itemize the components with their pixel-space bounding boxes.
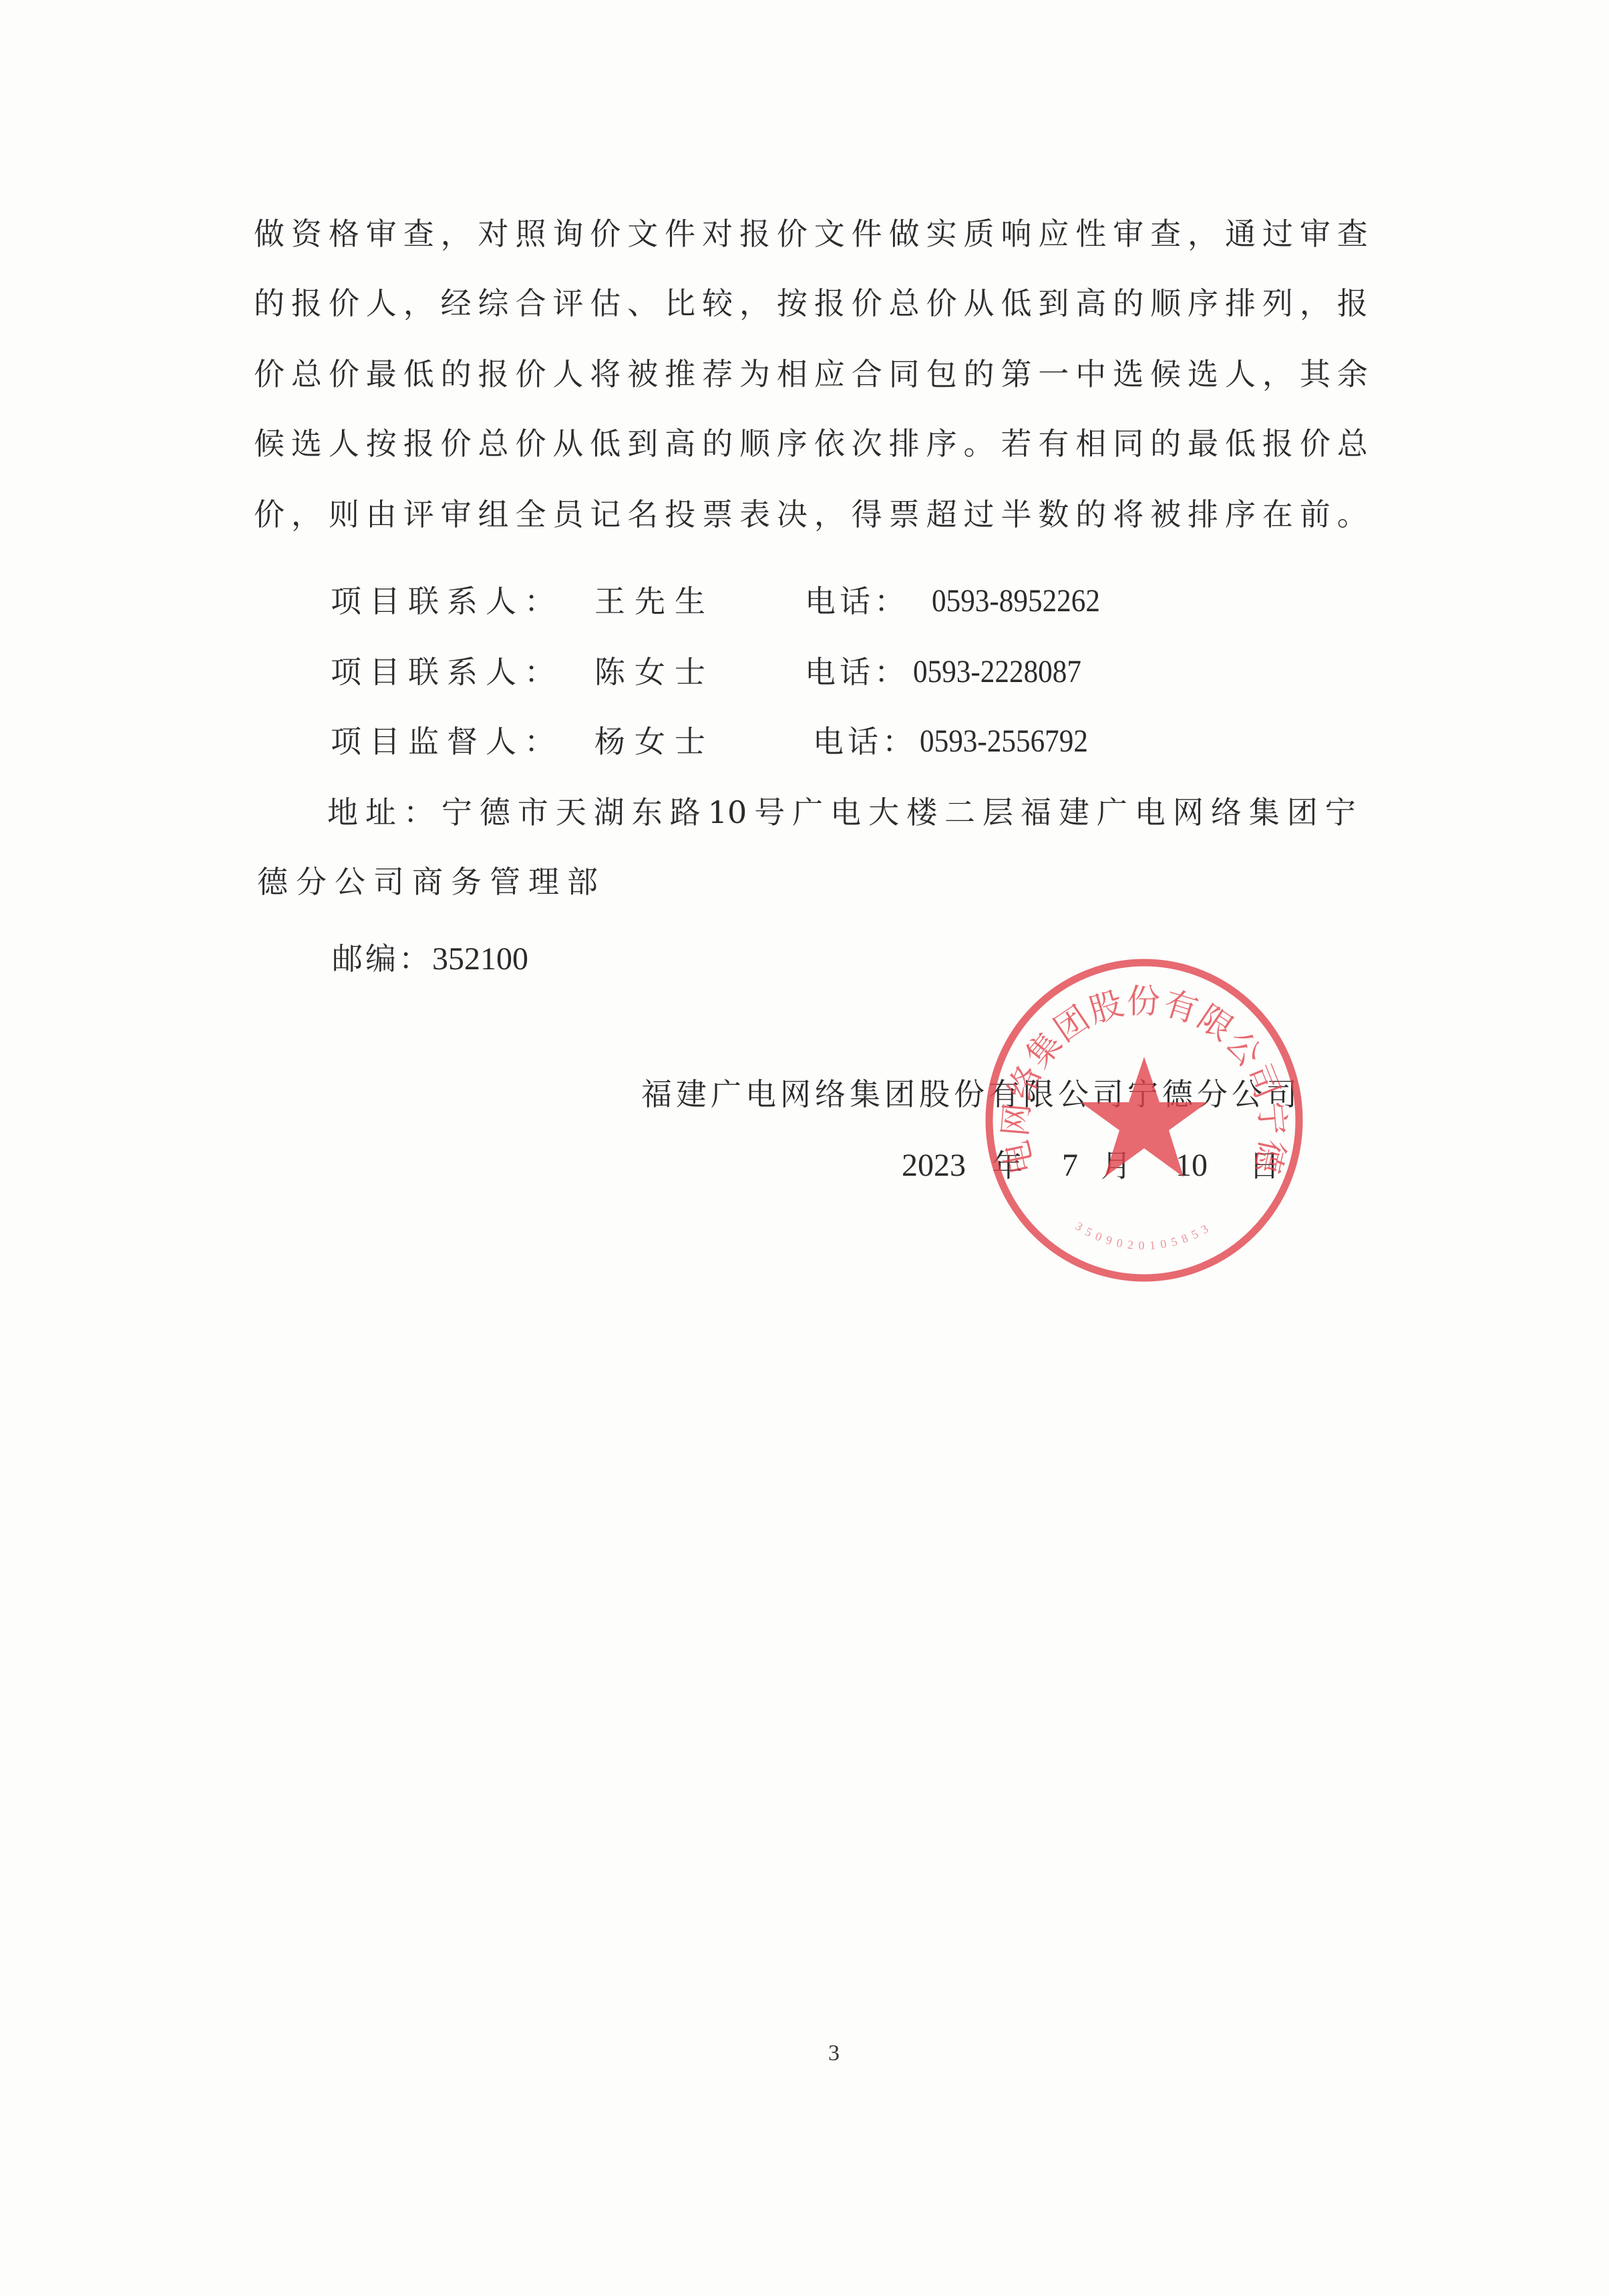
address-char: 二 <box>944 792 975 832</box>
body-char: 比 <box>665 283 695 323</box>
phone-number: 0593-2228087 <box>913 652 1081 692</box>
body-char: 查 <box>1337 214 1368 254</box>
body-char: 。 <box>964 424 995 464</box>
body-char: 。 <box>1337 494 1368 534</box>
body-char: 半 <box>1001 494 1031 534</box>
body-line-3: 价总价最低的报价人将被推荐为相应合同包的第一中选候选人，其余 <box>254 354 1368 394</box>
body-char: 投 <box>665 494 695 534</box>
body-char: 若 <box>1001 424 1031 464</box>
body-char: 价 <box>515 354 546 394</box>
body-char: 员 <box>552 494 583 534</box>
body-char: 票 <box>702 494 733 534</box>
address-char: 广 <box>792 792 823 832</box>
address-line-1: 地址：宁德市天湖东路 10 号广电大楼二层福建广电网络集团宁 <box>327 792 1356 832</box>
phone-label: 电话： <box>805 581 909 621</box>
body-char: 序 <box>926 424 957 464</box>
body-char: 低 <box>403 354 434 394</box>
body-char: 价 <box>515 424 546 464</box>
body-char: 人 <box>1225 354 1256 394</box>
body-char: 由 <box>366 494 397 534</box>
body-char: 组 <box>478 494 509 534</box>
address-char: 团 <box>1287 792 1318 832</box>
body-char: 评 <box>403 494 434 534</box>
body-char: 得 <box>852 494 882 534</box>
phone-label: 电话： <box>813 721 917 762</box>
body-char: 价 <box>254 494 285 534</box>
body-char: 格 <box>329 214 359 254</box>
body-char: 则 <box>329 494 359 534</box>
body-char: 序 <box>1188 283 1218 323</box>
body-char: 依 <box>814 424 845 464</box>
body-char: 将 <box>1113 494 1143 534</box>
body-char: 审 <box>1113 214 1143 254</box>
date-year-unit: 年 <box>992 1146 1023 1186</box>
body-line-5: 价，则由评审组全员记名投票表决，得票超过半数的将被排序在前。 <box>254 494 1368 534</box>
body-char: 最 <box>366 354 397 394</box>
body-char: 候 <box>254 424 285 464</box>
body-char: 超 <box>926 494 957 534</box>
body-char: 被 <box>627 354 658 394</box>
body-char: 质 <box>964 214 995 254</box>
body-char: 评 <box>552 283 583 323</box>
body-char: 询 <box>552 214 583 254</box>
postcode-value: 352100 <box>432 941 528 977</box>
body-char: 应 <box>814 354 845 394</box>
body-char: 的 <box>1150 424 1181 464</box>
address-char: 宁 <box>1325 792 1356 832</box>
body-char: 价 <box>329 354 359 394</box>
body-char: 次 <box>852 424 882 464</box>
address-char: 10 <box>708 792 747 832</box>
body-char: 低 <box>590 424 620 464</box>
address-char: 号 <box>754 792 785 832</box>
body-char: 查 <box>1150 214 1181 254</box>
body-char: 的 <box>441 354 472 394</box>
body-char: 审 <box>441 494 472 534</box>
body-char: 性 <box>1075 214 1106 254</box>
body-char: 应 <box>1038 214 1069 254</box>
date-month: 7 <box>1062 1146 1078 1186</box>
body-char: 人 <box>366 283 397 323</box>
body-char: 将 <box>590 354 620 394</box>
address-char: 德 <box>480 792 510 832</box>
date-year: 2023 <box>902 1146 966 1186</box>
body-char: ， <box>403 283 434 323</box>
body-char: 报 <box>1337 283 1368 323</box>
body-char: 做 <box>889 214 920 254</box>
body-char: 低 <box>1225 424 1256 464</box>
body-char: 报 <box>739 214 770 254</box>
body-char: 排 <box>1225 283 1256 323</box>
address-char: ： <box>403 792 434 832</box>
body-char: 查 <box>403 214 434 254</box>
body-char: 按 <box>777 283 808 323</box>
address-char: 电 <box>830 792 861 832</box>
body-char: 件 <box>665 214 695 254</box>
address-char: 建 <box>1059 792 1089 832</box>
address-char: 集 <box>1249 792 1280 832</box>
body-char: 合 <box>515 283 546 323</box>
page-number: 3 <box>828 2041 840 2066</box>
phone-number: 0593-8952262 <box>932 581 1100 621</box>
address-char: 网 <box>1173 792 1204 832</box>
body-char: 实 <box>926 214 957 254</box>
body-char: 高 <box>665 424 695 464</box>
body-char: 人 <box>552 354 583 394</box>
body-char: 低 <box>1001 283 1031 323</box>
body-char: 价 <box>329 283 359 323</box>
address-char: 址 <box>365 792 396 832</box>
body-char: 的 <box>964 354 995 394</box>
body-char: 相 <box>1075 424 1106 464</box>
body-char: 通 <box>1225 214 1256 254</box>
contact-name: 王先生 <box>594 581 715 621</box>
address-char: 天 <box>556 792 586 832</box>
body-char: 人 <box>329 424 359 464</box>
address-char: 东 <box>632 792 663 832</box>
body-char: 为 <box>739 354 770 394</box>
body-char: 估 <box>590 283 620 323</box>
body-char: 审 <box>1300 214 1330 254</box>
body-char: ， <box>1300 283 1330 323</box>
official-seal-stamp: 福建广电网络集团股份有限公司宁德分公司 3509020105853 <box>980 957 1308 1284</box>
address-char: 地 <box>327 792 358 832</box>
body-char: 经 <box>441 283 472 323</box>
phone-label: 电话： <box>805 652 909 692</box>
body-char: 对 <box>478 214 509 254</box>
body-char: 推 <box>665 354 695 394</box>
body-char: 价 <box>590 214 620 254</box>
body-char: 到 <box>627 424 658 464</box>
contact-role: 项目联系人： <box>331 581 563 621</box>
body-char: 第 <box>1001 354 1031 394</box>
address-char: 路 <box>670 792 701 832</box>
date-day: 10 <box>1176 1146 1208 1186</box>
body-char: 到 <box>1038 283 1069 323</box>
seal-code-text: 3509020105853 <box>1073 1219 1216 1253</box>
body-char: 报 <box>291 283 322 323</box>
contact-role: 项目监督人： <box>331 721 563 762</box>
body-char: 余 <box>1337 354 1368 394</box>
body-char: 候 <box>1150 354 1181 394</box>
body-char: 的 <box>1075 494 1106 534</box>
body-char: 相 <box>777 354 808 394</box>
date-day-unit: 日 <box>1249 1146 1280 1186</box>
address-char: 市 <box>518 792 548 832</box>
body-char: 票 <box>889 494 920 534</box>
body-char: 总 <box>1337 424 1368 464</box>
body-char: 合 <box>852 354 882 394</box>
body-char: 照 <box>515 214 546 254</box>
body-char: 从 <box>552 424 583 464</box>
body-char: 文 <box>627 214 658 254</box>
body-char: 排 <box>889 424 920 464</box>
body-char: 过 <box>964 494 995 534</box>
body-char: 数 <box>1038 494 1069 534</box>
body-char: 总 <box>291 354 322 394</box>
body-char: 名 <box>627 494 658 534</box>
address-char: 楼 <box>906 792 937 832</box>
body-char: 选 <box>291 424 322 464</box>
body-char: 同 <box>889 354 920 394</box>
body-char: 选 <box>1188 354 1218 394</box>
address-char: 大 <box>868 792 899 832</box>
seal-ring <box>989 963 1299 1278</box>
body-line-1: 做资格审查，对照询价文件对报价文件做实质响应性审查，通过审查 <box>254 214 1368 254</box>
body-char: 报 <box>814 283 845 323</box>
body-char: 价 <box>1300 424 1330 464</box>
body-char: 包 <box>926 354 957 394</box>
body-line-2: 的报价人，经综合评估、比较，按报价总价从低到高的顺序排列，报 <box>254 283 1368 323</box>
body-char: 价 <box>852 283 882 323</box>
body-char: 过 <box>1262 214 1293 254</box>
body-char: 总 <box>889 283 920 323</box>
body-char: 同 <box>1113 424 1143 464</box>
body-char: 总 <box>478 424 509 464</box>
address-char: 络 <box>1211 792 1242 832</box>
body-char: 报 <box>403 424 434 464</box>
body-char: 资 <box>291 214 322 254</box>
signature-company: 福建广电网络集团股份有限公司宁德分公司 <box>641 1074 1301 1114</box>
body-char: 表 <box>739 494 770 534</box>
body-char: 响 <box>1001 214 1031 254</box>
address-char: 电 <box>1135 792 1166 832</box>
body-char: 高 <box>1075 283 1106 323</box>
body-char: 序 <box>1225 494 1256 534</box>
body-char: 序 <box>777 424 808 464</box>
body-line-4: 候选人按报价总价从低到高的顺序依次排序。若有相同的最低报价总 <box>254 424 1368 464</box>
body-char: 顺 <box>1150 283 1181 323</box>
body-char: 被 <box>1150 494 1181 534</box>
body-char: 排 <box>1188 494 1218 534</box>
signature-date: 2023 年 7 月 10 日 <box>902 1146 1302 1186</box>
body-char: 在 <box>1262 494 1293 534</box>
contact-name: 杨女士 <box>594 721 715 762</box>
body-char: 的 <box>254 283 285 323</box>
body-char: 审 <box>366 214 397 254</box>
postcode: 邮编：352100 <box>332 939 528 979</box>
body-char: 列 <box>1262 283 1293 323</box>
contact-role: 项目联系人： <box>331 652 563 692</box>
body-char: 对 <box>702 214 733 254</box>
body-char: 荐 <box>702 354 733 394</box>
postcode-label: 邮编： <box>332 941 432 977</box>
body-char: 从 <box>964 283 995 323</box>
body-char: 做 <box>254 214 285 254</box>
body-char: 其 <box>1300 354 1330 394</box>
body-char: 中 <box>1075 354 1106 394</box>
body-char: ， <box>441 214 472 254</box>
address-char: 湖 <box>594 792 624 832</box>
body-char: 决 <box>777 494 808 534</box>
body-char: ， <box>291 494 322 534</box>
body-char: 价 <box>926 283 957 323</box>
body-char: ， <box>1188 214 1218 254</box>
address-char: 层 <box>982 792 1013 832</box>
body-char: 有 <box>1038 424 1069 464</box>
body-char: ， <box>739 283 770 323</box>
body-char: 一 <box>1038 354 1069 394</box>
body-char: 全 <box>515 494 546 534</box>
body-char: 件 <box>852 214 882 254</box>
address-char: 宁 <box>441 792 472 832</box>
body-char: 顺 <box>739 424 770 464</box>
body-char: ， <box>1262 354 1293 394</box>
document-page: 做资格审查，对照询价文件对报价文件做实质响应性审查，通过审查 的报价人，经综合评… <box>0 0 1609 2296</box>
body-char: 选 <box>1113 354 1143 394</box>
body-char: 报 <box>478 354 509 394</box>
body-char: 价 <box>777 214 808 254</box>
phone-number: 0593-2556792 <box>920 721 1088 762</box>
body-char: 最 <box>1188 424 1218 464</box>
body-char: 、 <box>627 283 658 323</box>
body-char: 按 <box>366 424 397 464</box>
address-char: 广 <box>1097 792 1127 832</box>
body-char: 价 <box>254 354 285 394</box>
body-char: 的 <box>1113 283 1143 323</box>
body-char: 记 <box>590 494 620 534</box>
seal-arc-text: 福建广电网络集团股份有限公司宁德分公司 <box>980 957 1292 1178</box>
address-char: 福 <box>1021 792 1051 832</box>
body-char: 较 <box>702 283 733 323</box>
body-char: 文 <box>814 214 845 254</box>
body-char: 综 <box>478 283 509 323</box>
date-month-unit: 月 <box>1101 1146 1131 1186</box>
address-line-2: 德分公司商务管理部 <box>257 862 606 902</box>
body-char: 价 <box>441 424 472 464</box>
body-char: 前 <box>1300 494 1330 534</box>
body-char: ， <box>814 494 845 534</box>
body-char: 的 <box>702 424 733 464</box>
body-char: 报 <box>1262 424 1293 464</box>
contact-name: 陈女士 <box>594 652 715 692</box>
